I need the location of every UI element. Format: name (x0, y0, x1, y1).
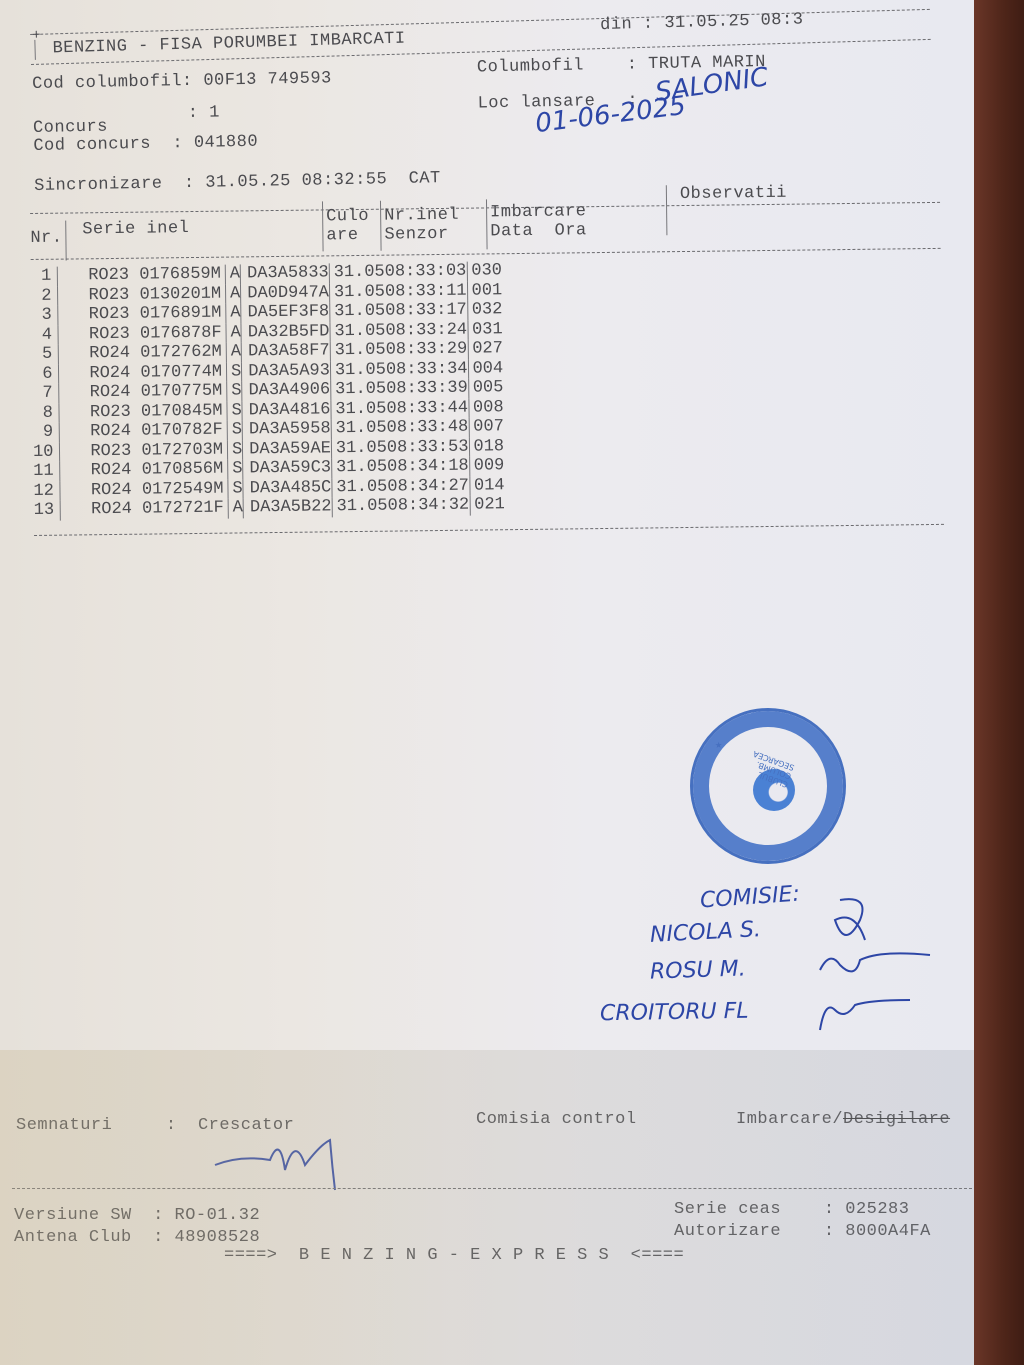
row-date: 31.05 (332, 477, 388, 497)
commission-heading: COMISIE: (699, 882, 800, 914)
row-date: 31.05 (330, 302, 386, 322)
concurs-value: : 1 (188, 103, 220, 123)
row-sensor: DA3A4906 (242, 380, 331, 401)
row-observation: 005 (468, 378, 503, 398)
row-sensor: DA3A59AE (243, 439, 332, 460)
row-color: S (227, 440, 242, 460)
row-ring-series: 24 0172721F (111, 499, 228, 520)
versiune-sw: Versiune SW : RO-01.32 (14, 1206, 260, 1225)
row-observation: 004 (468, 359, 503, 379)
row-number: 5 (32, 345, 59, 365)
header-serie-inel: Serie inel (82, 219, 189, 239)
signature-scribbles (800, 890, 940, 1040)
row-country: RO (60, 422, 111, 442)
row-ring-series: 24 0172762M (110, 343, 227, 364)
row-date: 31.05 (330, 360, 386, 380)
row-country: RO (59, 344, 110, 364)
row-number: 10 (33, 442, 60, 462)
row-number: 11 (33, 462, 60, 482)
row-country: RO (58, 305, 109, 325)
row-country: RO (59, 364, 110, 384)
row-ring-series: 24 0170856M (111, 460, 228, 481)
row-time: 08:33:53 (387, 437, 469, 458)
row-color: S (228, 459, 243, 479)
row-date: 31.05 (331, 380, 387, 400)
row-ring-series: 24 0170774M (110, 362, 227, 383)
row-sensor: DA3A59C3 (243, 458, 332, 479)
row-observation: 018 (469, 437, 504, 457)
sincronizare: Sincronizare : 31.05.25 08:32:55 CAT (34, 169, 441, 196)
row-date: 31.05 (329, 263, 385, 283)
row-country: RO (60, 461, 111, 481)
antena-club: Antena Club : 48908528 (14, 1228, 260, 1247)
row-observation: 030 (467, 261, 502, 281)
footer-divider (12, 1188, 972, 1189)
header-observatii: Observatii (680, 184, 787, 204)
row-time: 08:34:18 (387, 457, 469, 478)
row-sensor: DA3A485C (243, 478, 332, 499)
row-time: 08:33:17 (385, 301, 467, 322)
row-observation: 008 (468, 398, 503, 418)
row-number: 7 (32, 384, 59, 404)
comisia-control-label: Comisia control (476, 1110, 637, 1129)
row-color: A (226, 303, 241, 323)
row-number: 9 (33, 423, 60, 443)
commission-member-2: ROSU M. (650, 956, 746, 984)
row-country: RO (58, 286, 109, 306)
row-number: 8 (32, 403, 59, 423)
row-date: 31.05 (330, 321, 386, 341)
row-country: RO (59, 403, 110, 423)
row-sensor: DA32B5FD (241, 322, 330, 343)
star-icon: ★ (715, 737, 722, 752)
row-color: S (226, 362, 241, 382)
row-ring-series: 24 0172549M (111, 479, 228, 500)
row-time: 08:33:24 (385, 320, 467, 341)
row-country: RO (58, 266, 109, 286)
row-sensor: DA3A4816 (242, 400, 331, 421)
row-number: 1 (31, 267, 58, 287)
row-observation: 001 (467, 281, 502, 301)
club-stamp: ★ CLUBUL COLUMB. SEGARCEA (690, 708, 846, 864)
commission-member-3: CROITORU FL (600, 999, 749, 1027)
row-color: A (226, 323, 241, 343)
row-country: RO (58, 325, 109, 345)
cod-columbofil: Cod columbofil: 00F13 749593 (32, 69, 332, 94)
row-color: S (227, 401, 242, 421)
row-observation: 009 (469, 456, 504, 476)
row-time: 08:33:48 (387, 418, 469, 439)
row-country: RO (59, 383, 110, 403)
row-date: 31.05 (331, 438, 387, 458)
row-date: 31.05 (331, 419, 387, 439)
row-observation: 031 (467, 320, 502, 340)
row-sensor: DA3A5A93 (242, 361, 331, 382)
row-color: A (226, 342, 241, 362)
row-ring-series: 23 0176878F (109, 323, 226, 344)
row-sensor: DA3A5B22 (243, 497, 332, 518)
breeder-signature (210, 1125, 350, 1195)
row-number: 12 (33, 481, 60, 501)
row-ring-series: 23 0170845M (110, 401, 227, 422)
row-number: 13 (34, 501, 61, 521)
row-color: A (226, 284, 241, 304)
header-senzor: Nr.inelSenzor (384, 206, 459, 245)
row-number: 3 (31, 306, 58, 326)
row-time: 08:33:34 (386, 359, 468, 380)
row-time: 08:33:03 (385, 262, 467, 283)
row-date: 31.05 (332, 497, 388, 517)
autorizare: Autorizare : 8000A4FA (674, 1222, 931, 1241)
row-ring-series: 23 0130201M (109, 284, 226, 305)
row-ring-series: 23 0176859M (109, 265, 226, 286)
row-number: 2 (31, 286, 58, 306)
row-sensor: DA3A58F7 (241, 341, 330, 362)
row-number: 6 (32, 364, 59, 384)
row-color: S (228, 479, 243, 499)
row-ring-series: 23 0172703M (111, 440, 228, 461)
row-ring-series: 24 0170782F (110, 421, 227, 442)
row-date: 31.05 (329, 282, 385, 302)
row-time: 08:34:32 (387, 496, 469, 517)
commission-member-1: NICOLA S. (649, 917, 761, 948)
cod-concurs: Cod concurs : 041880 (33, 133, 258, 156)
row-country: RO (60, 481, 111, 501)
row-sensor: DA5EF3F8 (241, 302, 330, 323)
row-time: 08:34:27 (387, 476, 469, 497)
row-ring-series: 24 0170775M (110, 382, 227, 403)
row-time: 08:33:39 (386, 379, 468, 400)
paper-sheet: + BENZING - FISA PORUMBEI IMBARCATI din … (0, 0, 980, 1365)
row-observation: 032 (467, 300, 502, 320)
row-ring-series: 23 0176891M (109, 304, 226, 325)
row-time: 08:33:11 (385, 281, 467, 302)
row-country: RO (60, 442, 111, 462)
row-observation: 021 (470, 495, 505, 515)
row-date: 31.05 (331, 458, 387, 478)
imbarcare-desigilare-label: Imbarcare/Desigilare (736, 1110, 950, 1129)
row-date: 31.05 (331, 399, 387, 419)
row-color: S (227, 420, 242, 440)
row-color: A (228, 498, 243, 518)
row-sensor: DA3A5958 (242, 419, 331, 440)
pigeon-rows: 1RO23 0176859MADA3A583331.0508:33:030302… (31, 261, 505, 520)
row-sensor: DA0D947A (241, 283, 330, 304)
row-time: 08:33:44 (386, 398, 468, 419)
row-sensor: DA3A5833 (240, 263, 329, 284)
wooden-table-edge (974, 0, 1024, 1365)
header-culoare: Culoare (326, 207, 369, 246)
row-time: 08:33:29 (386, 340, 468, 361)
row-number: 4 (31, 325, 58, 345)
header-nr: Nr. (30, 229, 62, 248)
row-color: S (227, 381, 242, 401)
row-color: A (225, 264, 240, 284)
header-imbarcare: ImbarcareData Ora (490, 202, 587, 241)
serie-ceas: Serie ceas : 025283 (674, 1200, 909, 1219)
row-observation: 014 (469, 476, 504, 496)
row-observation: 027 (468, 339, 503, 359)
row-date: 31.05 (330, 341, 386, 361)
row-country: RO (61, 500, 112, 520)
benzing-express-banner: ====> B E N Z I N G - E X P R E S S <===… (224, 1246, 684, 1265)
row-observation: 007 (469, 417, 504, 437)
din-label: din : 31.05.25 08:3 (600, 10, 804, 35)
